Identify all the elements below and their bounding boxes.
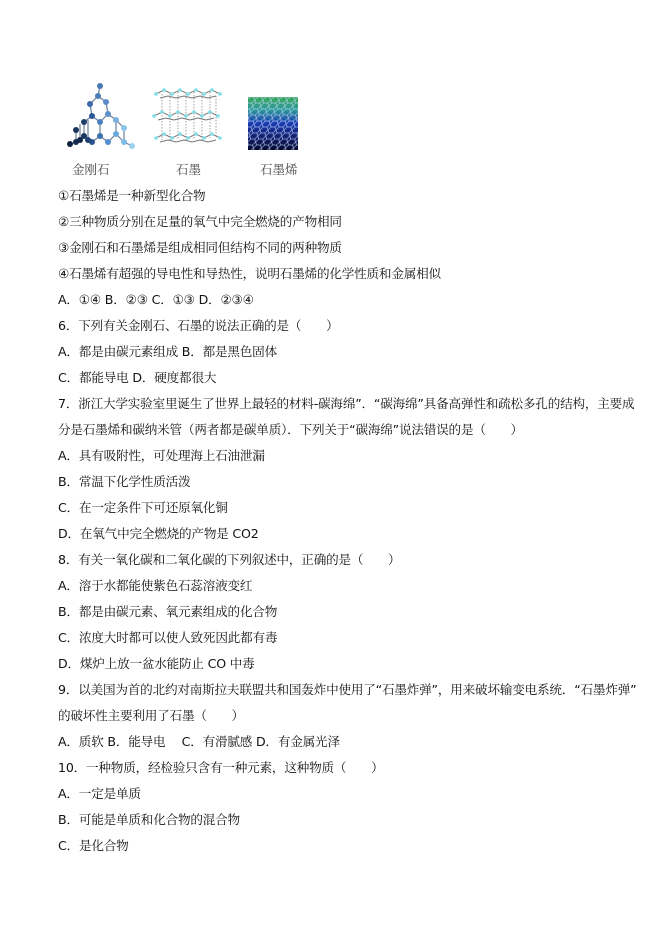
- q5-options: A．①④ B．②③ C．①③ D．②③④: [58, 291, 618, 317]
- q6-options-2: C．都能导电 D．硬度都很大: [58, 369, 618, 395]
- q5-statement-1: ①石墨烯是一种新型化合物: [58, 187, 618, 213]
- q8-option-a: A．溶于水都能使紫色石蕊溶液变红: [58, 577, 618, 603]
- q7-option-c: C．在一定条件下可还原氧化铜: [58, 499, 618, 525]
- q9-options: A．质软 B．能导电 C．有滑腻感 D．有金属光泽: [58, 733, 618, 759]
- q8-option-d: D．煤炉上放一盆水能防止 CO 中毒: [58, 655, 618, 681]
- q6-stem: 6．下列有关金刚石、石墨的说法正确的是（ ）: [58, 317, 618, 343]
- q7-option-b: B．常温下化学性质活泼: [58, 473, 618, 499]
- figure-label-graphite: 石墨: [176, 160, 201, 178]
- q5-statement-3: ③金刚石和石墨烯是组成相同但结构不同的两种物质: [58, 239, 618, 265]
- figure-label-diamond: 金刚石: [72, 160, 110, 178]
- carbon-allotropes-figure: 金刚石 石墨 石墨烯: [60, 78, 320, 178]
- q5-statement-2: ②三种物质分别在足量的氧气中完全燃烧的产物相同: [58, 213, 618, 239]
- q10-option-b: B．可能是单质和化合物的混合物: [58, 811, 618, 837]
- q9-stem-line-1: 9．以美国为首的北约对南斯拉夫联盟共和国轰炸中使用了“石墨炸弹”，用来破坏输变电…: [58, 681, 618, 707]
- q10-option-a: A．一定是单质: [58, 785, 618, 811]
- question-content: ①石墨烯是一种新型化合物 ②三种物质分别在足量的氧气中完全燃烧的产物相同 ③金刚…: [58, 187, 618, 863]
- diamond-structure-icon: [62, 80, 142, 152]
- q7-option-a: A．具有吸附性，可处理海上石油泄漏: [58, 447, 618, 473]
- q5-statement-4: ④石墨烯有超强的导电性和导热性，说明石墨烯的化学性质和金属相似: [58, 265, 618, 291]
- figure-label-graphene: 石墨烯: [260, 160, 298, 178]
- q7-stem-line-2: 分是石墨烯和碳纳米管（两者都是碳单质）．下列关于“碳海绵”说法错误的是（ ）: [58, 421, 618, 447]
- q8-option-c: C．浓度大时都可以使人致死因此都有毒: [58, 629, 618, 655]
- q8-stem: 8．有关一氧化碳和二氧化碳的下列叙述中，正确的是（ ）: [58, 551, 618, 577]
- q7-option-d: D．在氧气中完全燃烧的产物是 CO2: [58, 525, 618, 551]
- q6-options-1: A．都是由碳元素组成 B．都是黑色固体: [58, 343, 618, 369]
- q10-option-c: C．是化合物: [58, 837, 618, 863]
- q10-stem: 10．一种物质，经检验只含有一种元素，这种物质（ ）: [58, 759, 618, 785]
- graphite-structure-icon: [152, 86, 224, 148]
- graphene-structure-icon: [248, 97, 298, 150]
- q9-stem-line-2: 的破坏性主要利用了石墨（ ）: [58, 707, 618, 733]
- q7-stem-line-1: 7．浙江大学实验室里诞生了世界上最轻的材料-碳海绵”．“碳海绵”具备高弹性和疏松…: [58, 395, 618, 421]
- q8-option-b: B．都是由碳元素、氧元素组成的化合物: [58, 603, 618, 629]
